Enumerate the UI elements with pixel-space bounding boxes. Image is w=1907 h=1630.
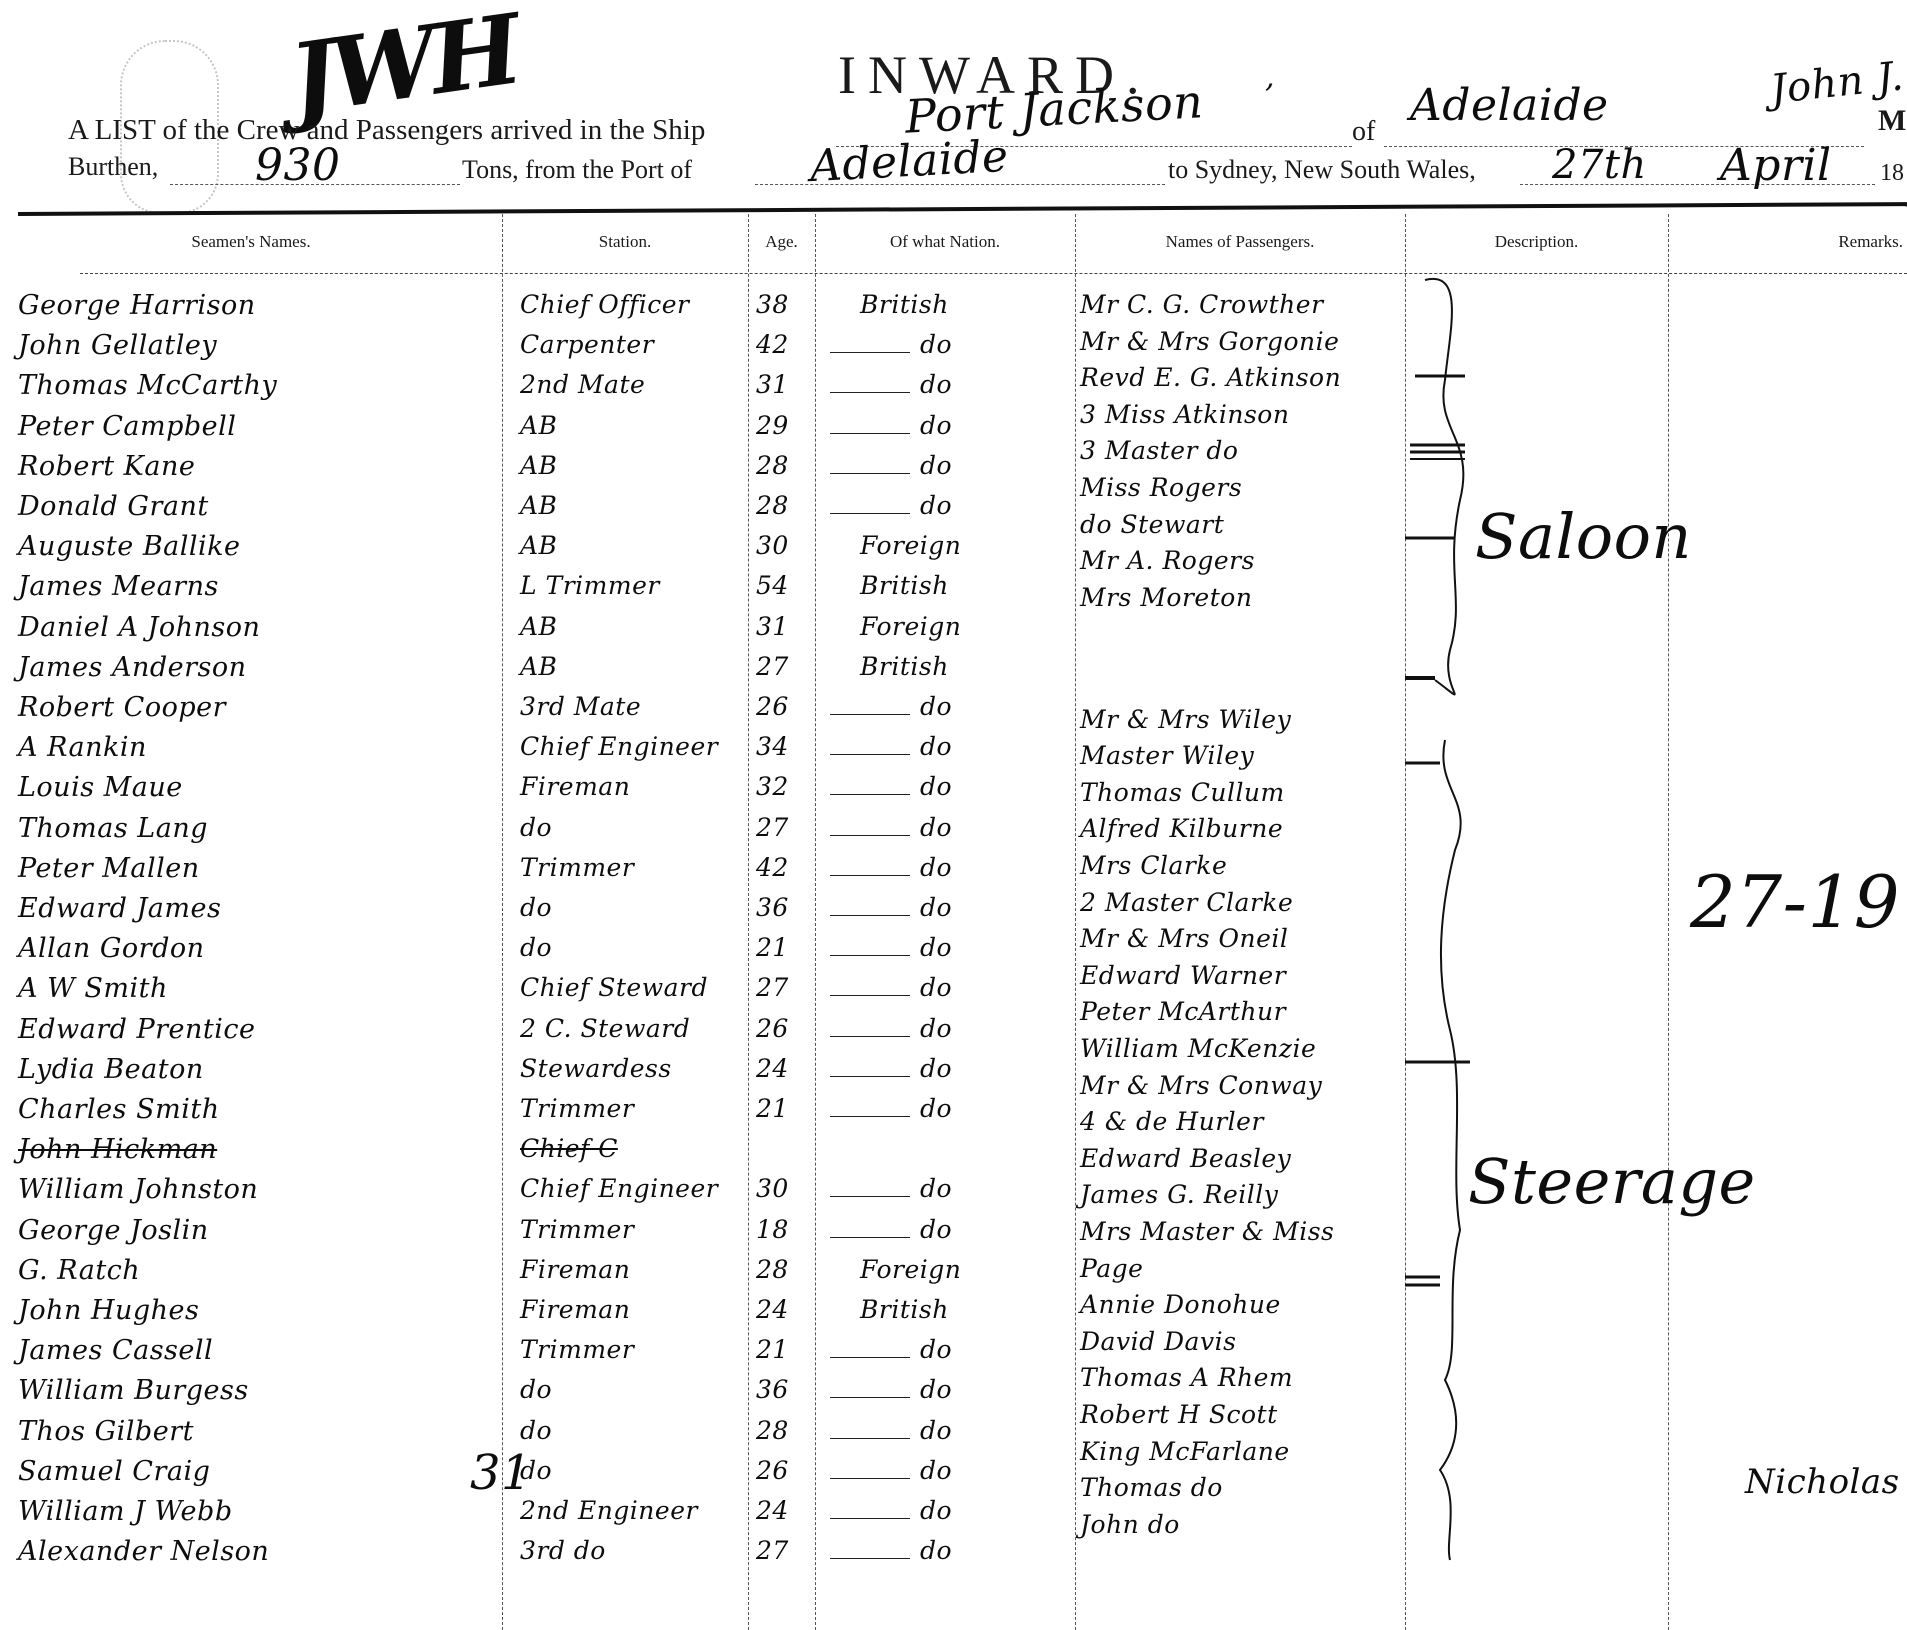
list-item: King McFarlane [1080, 1437, 1290, 1466]
column-divider [748, 214, 749, 1630]
column-divider [502, 214, 503, 1630]
seaman-age: 36 [756, 1375, 789, 1404]
list-item: Mr & Mrs Wiley [1080, 705, 1291, 734]
ship-port-of-registry: Adelaide [1410, 80, 1609, 131]
seaman-age: 30 [756, 531, 789, 560]
ditto-dash [830, 875, 910, 876]
list-item: Revd E. G. Atkinson [1080, 363, 1341, 392]
seaman-name: A W Smith [18, 973, 168, 1004]
seaman-age: 34 [756, 732, 789, 761]
seaman-age: 28 [756, 491, 789, 520]
seaman-name: John Hickman [18, 1134, 217, 1165]
ditto-dash [830, 352, 910, 353]
seaman-name: George Joslin [18, 1215, 209, 1246]
seaman-name: Edward James [18, 893, 221, 924]
seaman-nation: do [920, 1536, 952, 1565]
ditto-dash [830, 1036, 910, 1037]
ditto-dash [830, 714, 910, 715]
seaman-nation: Foreign [860, 531, 961, 560]
column-header-station: Station. [502, 232, 748, 252]
list-item: Mr & Mrs Gorgonie [1080, 327, 1339, 356]
seaman-age: 31 [756, 370, 789, 399]
list-item: Thomas do [1080, 1473, 1223, 1502]
class-label-saloon: Saloon [1475, 500, 1692, 573]
seaman-nation: do [920, 1094, 952, 1123]
seaman-nation: do [920, 853, 952, 882]
seaman-station: AB [520, 491, 557, 520]
seaman-age: 21 [756, 1335, 789, 1364]
ditto-dash [830, 794, 910, 795]
ditto-dash [830, 835, 910, 836]
column-divider [815, 214, 816, 1630]
list-item: Thomas A Rhem [1080, 1363, 1293, 1392]
seaman-nation: do [920, 491, 952, 520]
seaman-name: Thomas McCarthy [18, 370, 277, 401]
seaman-age: 28 [756, 1416, 789, 1445]
column-divider [1075, 214, 1076, 1630]
list-item: David Davis [1080, 1327, 1236, 1356]
list-item: do Stewart [1080, 510, 1224, 539]
seaman-age: 31 [756, 612, 789, 641]
list-item: Edward Warner [1080, 961, 1286, 990]
seaman-name: John Hughes [18, 1295, 199, 1326]
seaman-name: Lydia Beaton [18, 1054, 204, 1085]
seaman-station: L Trimmer [520, 571, 660, 600]
crew-margin-note: 31 [470, 1445, 532, 1501]
seaman-station: Trimmer [520, 1215, 634, 1244]
seaman-station: Stewardess [520, 1054, 672, 1083]
seaman-station: do [520, 1375, 552, 1404]
ditto-dash [830, 1196, 910, 1197]
seaman-age: 27 [756, 1536, 789, 1565]
burthen-tons: 930 [255, 140, 340, 191]
ditto-dash [830, 433, 910, 434]
list-item: Mrs Moreton [1080, 583, 1252, 612]
seaman-age: 26 [756, 1014, 789, 1043]
seaman-age: 27 [756, 973, 789, 1002]
list-item: Robert H Scott [1080, 1400, 1278, 1429]
seaman-name: Edward Prentice [18, 1014, 256, 1045]
list-item: Master Wiley [1080, 741, 1254, 770]
list-item: John do [1080, 1510, 1180, 1539]
seaman-station: 2nd Engineer [520, 1496, 698, 1525]
seaman-station: Trimmer [520, 1094, 634, 1123]
seaman-name: Auguste Ballike [18, 531, 241, 562]
seaman-station: Chief Engineer [520, 1174, 718, 1203]
seaman-name: Peter Campbell [18, 411, 236, 442]
seaman-name: Allan Gordon [18, 933, 205, 964]
column-header-remarks: Remarks. [1668, 232, 1907, 252]
seaman-station: AB [520, 411, 557, 440]
seaman-name: Samuel Craig [18, 1456, 210, 1487]
seaman-age: 21 [756, 933, 789, 962]
arrival-day: 27th [1552, 142, 1647, 188]
arrival-month: April [1720, 140, 1832, 191]
ditto-dash [830, 392, 910, 393]
seaman-station: do [520, 813, 552, 842]
header-line-ship: A LIST of the Crew and Passengers arrive… [68, 114, 705, 147]
ditto-dash [830, 1518, 910, 1519]
seaman-station: do [520, 893, 552, 922]
description-brackets [1405, 270, 1668, 1630]
list-item: William McKenzie [1080, 1034, 1316, 1063]
column-header-seamen: Seamen's Names. [0, 232, 502, 252]
seaman-name: Charles Smith [18, 1094, 220, 1125]
seaman-age: 30 [756, 1174, 789, 1203]
ditto-dash [830, 995, 910, 996]
seaman-name: Robert Cooper [18, 692, 226, 723]
seaman-nation: do [920, 813, 952, 842]
list-item: Mrs Master & Miss [1080, 1217, 1334, 1246]
list-item: 2 Master Clarke [1080, 888, 1293, 917]
seaman-age: 27 [756, 652, 789, 681]
seaman-name: Donald Grant [18, 491, 209, 522]
ditto-dash [830, 1558, 910, 1559]
seaman-station: Chief Engineer [520, 732, 718, 761]
seaman-nation: do [920, 451, 952, 480]
seaman-nation: do [920, 1496, 952, 1525]
list-item: Peter McArthur [1080, 997, 1286, 1026]
column-header-description: Description. [1405, 232, 1668, 252]
column-divider [1668, 214, 1669, 1630]
seaman-nation: do [920, 1456, 952, 1485]
seaman-age: 42 [756, 330, 789, 359]
list-item: 3 Master do [1080, 436, 1238, 465]
seaman-nation: do [920, 330, 952, 359]
seaman-nation: do [920, 1375, 952, 1404]
seaman-station: Trimmer [520, 853, 634, 882]
list-item: Mrs Clarke [1080, 851, 1227, 880]
ditto-dash [830, 1357, 910, 1358]
seaman-age: 26 [756, 1456, 789, 1485]
seaman-nation: British [860, 290, 949, 319]
list-item: Mr & Mrs Conway [1080, 1071, 1322, 1100]
ditto-dash [830, 1076, 910, 1077]
seaman-age: 28 [756, 451, 789, 480]
seaman-nation: do [920, 893, 952, 922]
seaman-age: 24 [756, 1496, 789, 1525]
destination-label: to Sydney, New South Wales, [1168, 155, 1476, 185]
remarks-total-note: 27-19 [1690, 860, 1900, 944]
seaman-name: James Cassell [18, 1335, 213, 1366]
ditto-dash [830, 1237, 910, 1238]
column-header-nation: Of what Nation. [815, 232, 1075, 252]
seaman-age: 26 [756, 692, 789, 721]
seaman-station: 2nd Mate [520, 370, 645, 399]
seaman-station: AB [520, 531, 557, 560]
list-item: Thomas Cullum [1080, 778, 1285, 807]
seaman-name: Louis Maue [18, 772, 183, 803]
list-item: James G. Reilly [1080, 1180, 1278, 1209]
ditto-dash [830, 1116, 910, 1117]
seaman-station: do [520, 1416, 552, 1445]
seaman-nation: do [920, 370, 952, 399]
seaman-nation: do [920, 1054, 952, 1083]
seaman-station: 3rd do [520, 1536, 606, 1565]
seaman-name: James Mearns [18, 571, 219, 602]
seaman-nation: do [920, 1174, 952, 1203]
seaman-nation: do [920, 732, 952, 761]
seaman-nation: do [920, 1014, 952, 1043]
ditto-dash [830, 513, 910, 514]
seaman-name: George Harrison [18, 290, 256, 321]
ditto-dash [830, 955, 910, 956]
seaman-station: 3rd Mate [520, 692, 641, 721]
list-item: Mr C. G. Crowther [1080, 290, 1324, 319]
seaman-age: 29 [756, 411, 789, 440]
seaman-name: G. Ratch [18, 1255, 140, 1286]
seaman-nation: do [920, 692, 952, 721]
list-item: Page [1080, 1254, 1143, 1283]
seaman-station: Chief Steward [520, 973, 708, 1002]
seaman-age: 54 [756, 571, 789, 600]
seaman-nation: do [920, 1215, 952, 1244]
seaman-age: 24 [756, 1054, 789, 1083]
remarks-signature: Nicholas Simp [1745, 1462, 1907, 1502]
seaman-station: Fireman [520, 772, 630, 801]
column-header-age: Age. [748, 232, 815, 252]
seaman-name: Thomas Lang [18, 813, 208, 844]
master-name: John J. Sm [1768, 45, 1907, 113]
seaman-nation: do [920, 933, 952, 962]
seaman-nation: British [860, 652, 949, 681]
seaman-station: AB [520, 451, 557, 480]
list-item: 4 & de Hurler [1080, 1107, 1264, 1136]
seaman-age: 38 [756, 290, 789, 319]
seaman-station: 2 C. Steward [520, 1014, 690, 1043]
list-item: Mr & Mrs Oneil [1080, 924, 1288, 953]
seaman-station: AB [520, 652, 557, 681]
seaman-nation: do [920, 772, 952, 801]
seaman-nation: Foreign [860, 612, 961, 641]
port-of-departure: Adelaide [809, 131, 1010, 192]
tons-label: Tons, from the Port of [462, 155, 692, 185]
ditto-dash [830, 1478, 910, 1479]
list-item: Alfred Kilburne [1080, 814, 1283, 843]
seaman-name: Daniel A Johnson [18, 612, 260, 643]
seaman-name: Peter Mallen [18, 853, 200, 884]
seaman-name: William J Webb [18, 1496, 233, 1527]
seaman-station: Fireman [520, 1255, 630, 1284]
seaman-name: Robert Kane [18, 451, 195, 482]
ship-label: A LIST of the Crew and Passengers arrive… [68, 114, 705, 146]
seaman-station: AB [520, 612, 557, 641]
seaman-station: Chief Officer [520, 290, 689, 319]
seaman-nation: British [860, 1295, 949, 1324]
seaman-name: A Rankin [18, 732, 147, 763]
seaman-name: Thos Gilbert [18, 1416, 194, 1447]
seaman-age: 18 [756, 1215, 789, 1244]
seaman-station: Trimmer [520, 1335, 634, 1364]
class-label-steerage: Steerage [1468, 1145, 1756, 1218]
comma-mark: , [1265, 60, 1275, 95]
master-label: M [1878, 104, 1906, 138]
year-prefix: 18 [1880, 160, 1904, 187]
seaman-age: 36 [756, 893, 789, 922]
seaman-nation: British [860, 571, 949, 600]
seaman-name: William Johnston [18, 1174, 258, 1205]
top-rule [18, 202, 1907, 216]
ditto-dash [830, 754, 910, 755]
list-item: 3 Miss Atkinson [1080, 400, 1289, 429]
seaman-station: do [520, 933, 552, 962]
seaman-age: 21 [756, 1094, 789, 1123]
seaman-age: 42 [756, 853, 789, 882]
seaman-station: Carpenter [520, 330, 654, 359]
column-header-passengers: Names of Passengers. [1075, 232, 1405, 252]
seaman-name: William Burgess [18, 1375, 249, 1406]
seaman-nation: do [920, 1335, 952, 1364]
ditto-dash [830, 473, 910, 474]
seaman-age: 27 [756, 813, 789, 842]
seaman-age: 28 [756, 1255, 789, 1284]
seaman-name: James Anderson [18, 652, 247, 683]
seaman-name: John Gellatley [18, 330, 217, 361]
seaman-nation: do [920, 411, 952, 440]
seaman-age: 32 [756, 772, 789, 801]
seaman-nation: do [920, 973, 952, 1002]
of-label: of [1352, 116, 1375, 148]
list-item: Mr A. Rogers [1080, 546, 1255, 575]
seaman-age: 24 [756, 1295, 789, 1324]
seaman-name: Alexander Nelson [18, 1536, 269, 1567]
seaman-station: Chief C [520, 1134, 618, 1163]
ditto-dash [830, 915, 910, 916]
ditto-dash [830, 1397, 910, 1398]
list-item: Edward Beasley [1080, 1144, 1291, 1173]
list-item: Miss Rogers [1080, 473, 1242, 502]
seaman-station: Fireman [520, 1295, 630, 1324]
seaman-nation: Foreign [860, 1255, 961, 1284]
burthen-label: Burthen, [68, 152, 158, 182]
ditto-dash [830, 1438, 910, 1439]
list-item: Annie Donohue [1080, 1290, 1281, 1319]
seaman-nation: do [920, 1416, 952, 1445]
